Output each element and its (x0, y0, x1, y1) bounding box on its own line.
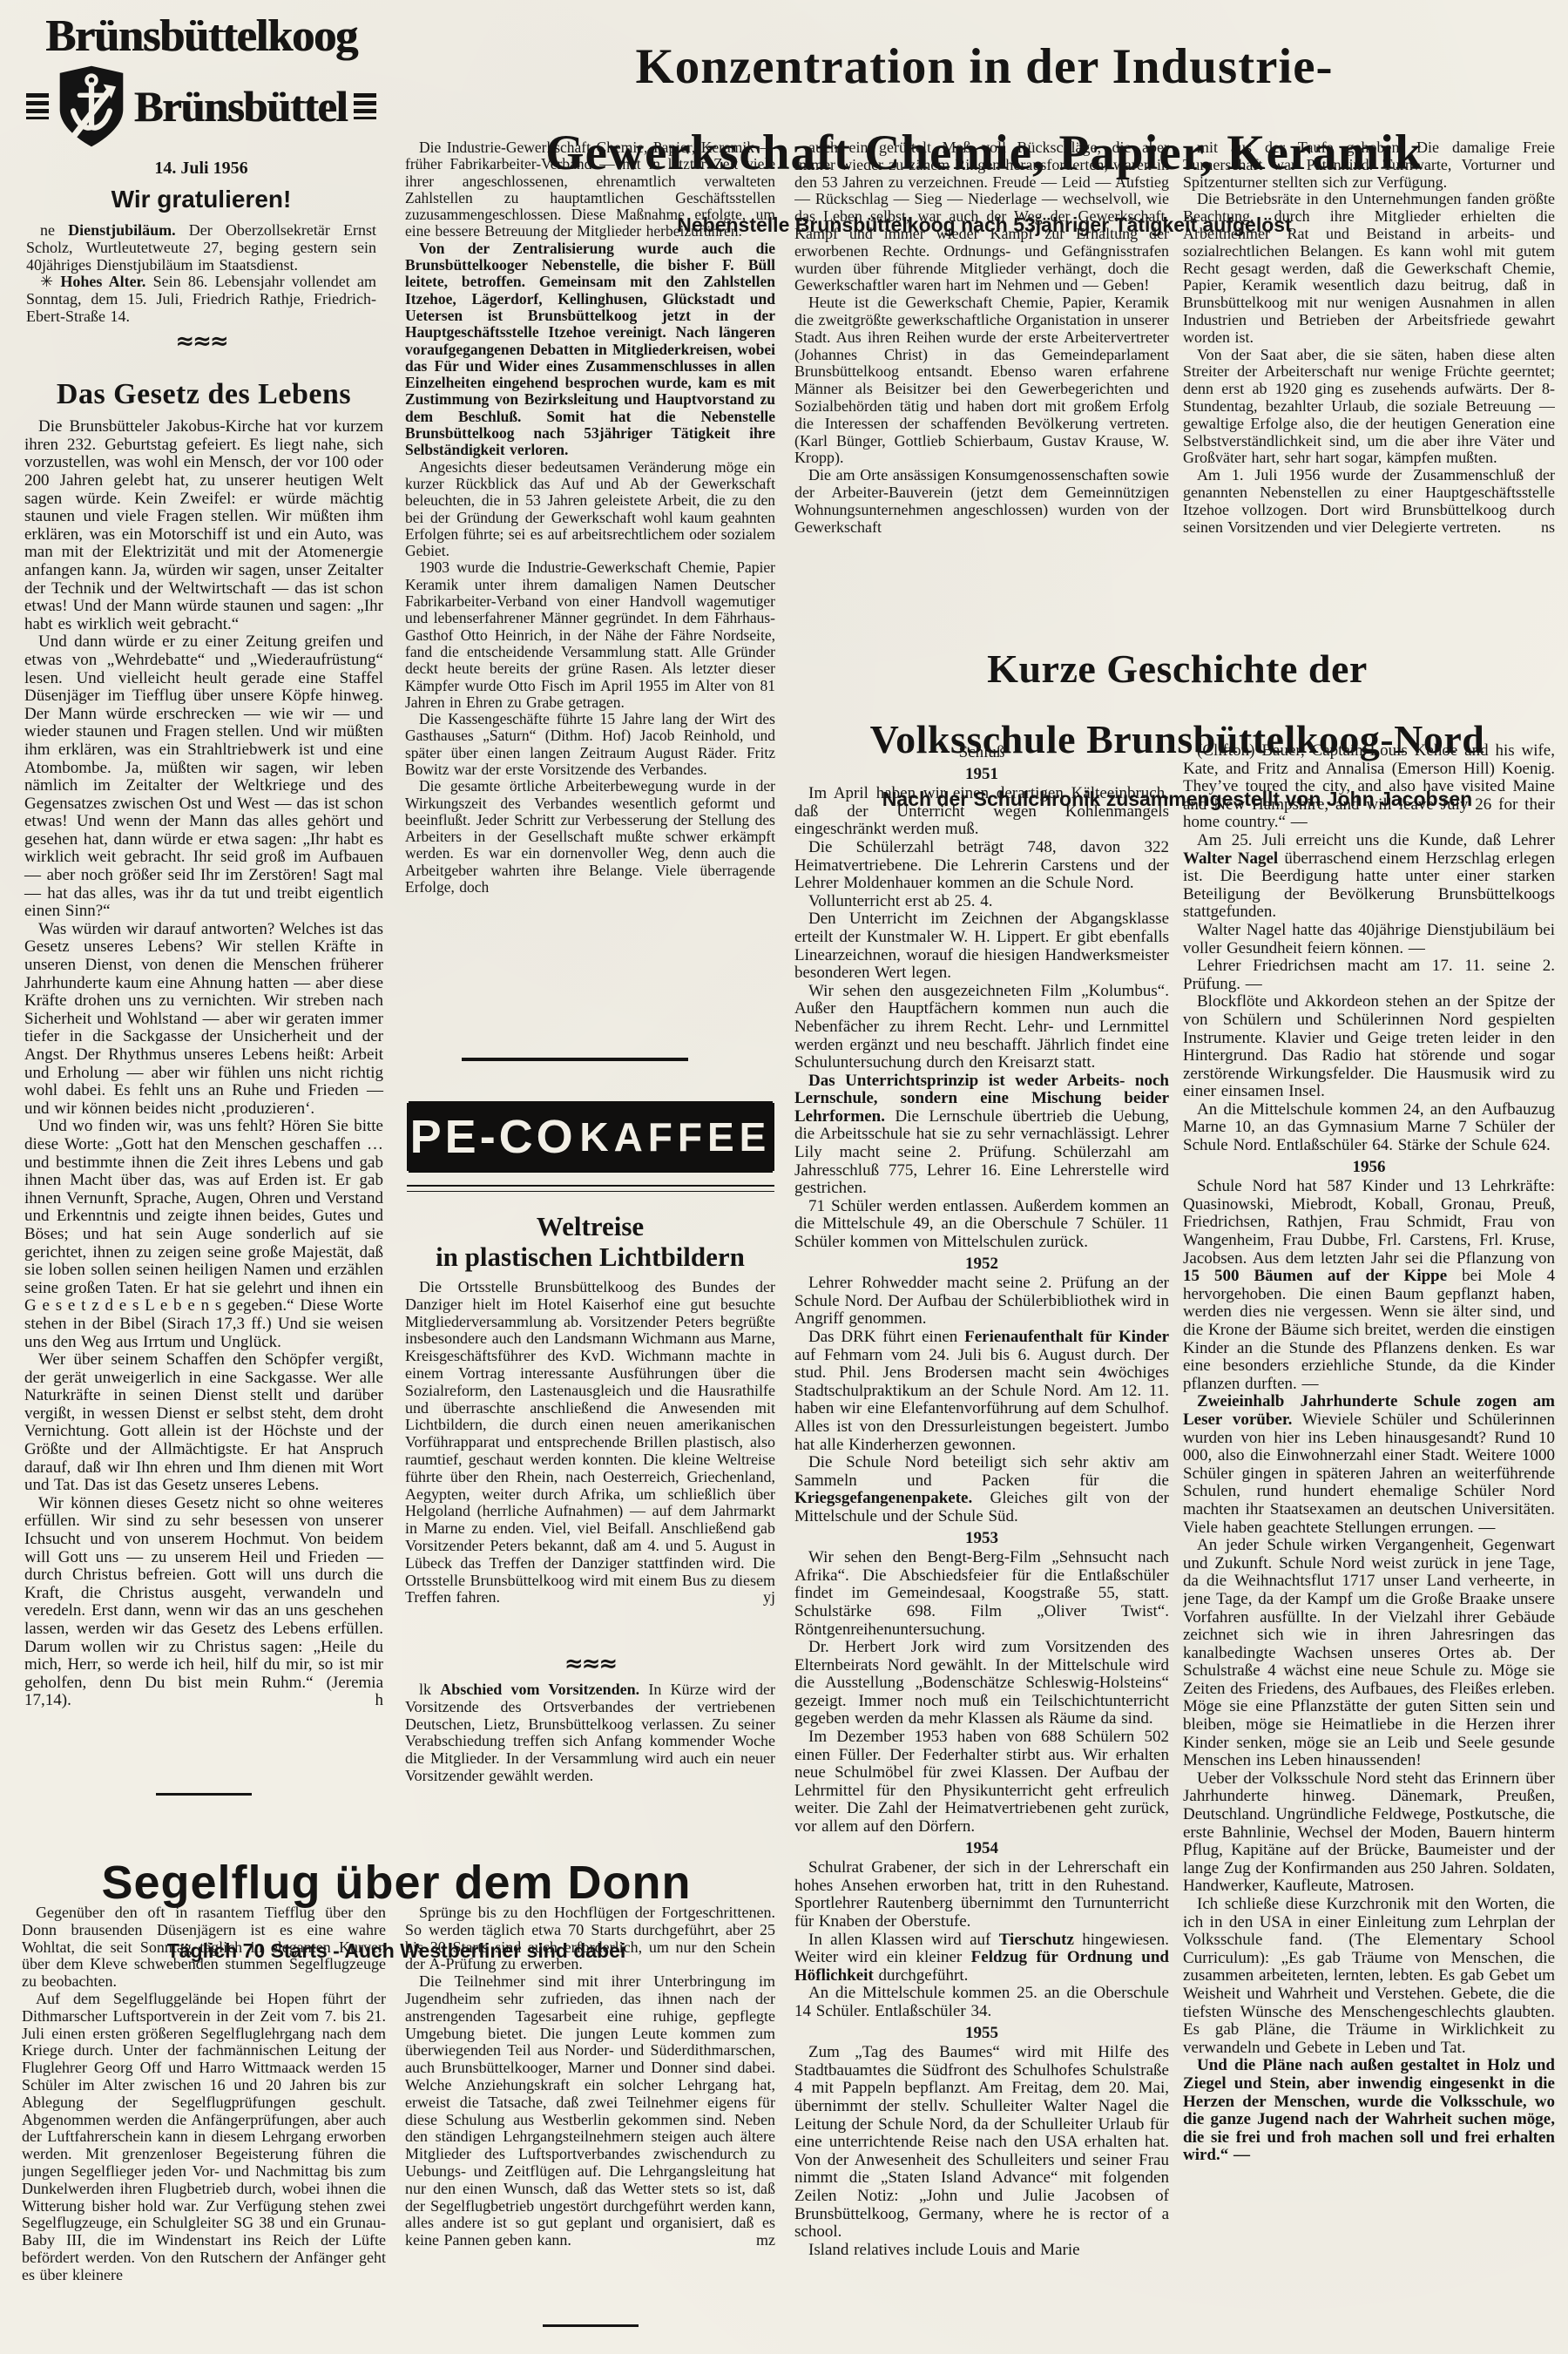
main-headline-line1: Konzentration in der Industrie- (402, 40, 1566, 93)
ad-product: KAFFEE (579, 1113, 771, 1160)
section-divider (24, 1793, 383, 1796)
konzentration-col2: auch ein gerüttelt Maß voll Rückschläge,… (794, 139, 1169, 617)
article-gesetz-des-lebens: Das Gesetz des Lebens Die Brunsbütteler … (24, 354, 383, 1710)
masthead-title-line2: Brünsbüttel (134, 81, 348, 132)
paragraph: Dr. Herbert Jork wird zum Vorsitzenden d… (794, 1639, 1169, 1728)
paragraph: Wir sehen den Bengt-Berg-Film „Sehnsucht… (794, 1549, 1169, 1639)
newspaper-page: Brünsbüttelkoog Brünsbüttel 14. Juli 195… (0, 0, 1568, 2354)
paragraph: An die Mittelschule kommen 24, an den Au… (1183, 1101, 1555, 1155)
paragraph: (Clifton) Bauer, Captain Louis Kehoe and… (1183, 742, 1555, 832)
schule-headline-line1: Kurze Geschichte der (788, 647, 1566, 691)
author-signature: h (362, 1692, 384, 1710)
author-signature: ns (1527, 519, 1555, 537)
paragraph: Die Betriebsräte in den Unternehmungen f… (1183, 191, 1555, 346)
paragraph: Blockflöte und Akkordeon stehen an der S… (1183, 993, 1555, 1101)
paragraph: Schulrat Grabener, der sich in der Lehre… (794, 1859, 1169, 1931)
paragraph: Vollunterricht erst ab 25. 4. (794, 893, 1169, 911)
section-divider (407, 1185, 774, 1192)
paragraph: Lehrer Friedrichsen macht am 17. 11. sei… (1183, 957, 1555, 993)
notice-abschied: lk Abschied vom Vorsitzenden. In Kürze w… (405, 1681, 775, 1785)
paragraph: Gegenüber den oft in rasantem Tiefflug ü… (22, 1904, 386, 1991)
paragraph: Am 25. Juli erreicht uns die Kunde, daß … (1183, 832, 1555, 922)
weltreise-title-line2: in plastischen Lichtbildern (405, 1241, 775, 1272)
year-heading: 1952 (794, 1255, 1169, 1274)
article-weltreise: Weltreise in plastischen Lichtbildern Di… (405, 1211, 775, 1607)
paragraph: Von der Zentralisierung wurde auch die B… (405, 240, 775, 459)
paragraph: ✳ Hohes Alter. Sein 86. Lebensjahr volle… (26, 274, 376, 325)
paragraph: Die Brunsbütteler Jakobus-Kirche hat vor… (24, 418, 383, 633)
paragraph: mit aus der Taufe gehoben. Die damalige … (1183, 139, 1555, 191)
paragraph: Ich schließe diese Kurzchronik mit den W… (1183, 1896, 1555, 2057)
paragraph: Im April haben wir einen derartigen Kält… (794, 785, 1169, 839)
paragraph: Die Schule Nord beteiligt sich sehr akti… (794, 1454, 1169, 1525)
paragraph: Wer über seinem Schaffen den Schöpfer ve… (24, 1351, 383, 1495)
ad-brand: PE-CO (410, 1110, 577, 1164)
paragraph: Wir können dieses Gesetz nicht so ohne w… (24, 1495, 383, 1710)
paragraph: Das DRK führt einen Ferienaufenthalt für… (794, 1329, 1169, 1454)
paragraph: Die Schülerzahl beträgt 748, davon 322 H… (794, 839, 1169, 893)
peco-kaffee-ad: PE-CO KAFFEE (407, 1103, 774, 1171)
paragraph: Im Dezember 1953 haben von 688 Schülern … (794, 1728, 1169, 1837)
paragraph: Zum „Tag des Baumes“ wird mit Hilfe des … (794, 2044, 1169, 2242)
weltreise-title-line1: Weltreise (405, 1211, 775, 1241)
flourish-left-icon (26, 93, 49, 119)
paragraph: Sprünge bis zu den Hochflügen der Fortge… (405, 1904, 775, 1973)
weltreise-body: Die Ortsstelle Brunsbüttelkoog des Bunde… (405, 1279, 775, 1607)
paragraph: Die Teilnehmer sind mit ihrer Unterbring… (405, 1973, 775, 2249)
paragraph: In allen Klassen wird auf Tierschutz hin… (794, 1931, 1169, 1985)
paragraph: Heute ist die Gewerkschaft Chemie, Papie… (794, 294, 1169, 467)
paragraph: Walter Nagel hatte das 40jährige Dienstj… (1183, 922, 1555, 957)
author-signature: mz (742, 2232, 775, 2249)
paragraph: auch ein gerüttelt Maß voll Rückschläge,… (794, 139, 1169, 294)
konzentration-col1: Die Industrie-Gewerkschaft Chemie, Papie… (405, 139, 775, 1052)
issue-date: 14. Juli 1956 (26, 159, 376, 179)
paragraph: Und die Pläne nach außen gestaltet in Ho… (1183, 2057, 1555, 2165)
paragraph: Lehrer Rohwedder macht seine 2. Prüfung … (794, 1275, 1169, 1329)
paragraph: Angesichts dieser bedeutsamen Veränderun… (405, 459, 775, 560)
author-signature: yj (749, 1589, 775, 1607)
paragraph: Das Unterrichtsprinzip ist weder Arbeits… (794, 1072, 1169, 1198)
year-heading: 1954 (794, 1840, 1169, 1858)
paragraph: Am 1. Juli 1956 wurde der Zusammenschluß… (1183, 467, 1555, 536)
year-heading: 1956 (1183, 1159, 1555, 1177)
gesetz-body: Die Brunsbütteler Jakobus-Kirche hat vor… (24, 418, 383, 1710)
paragraph: 71 Schüler werden entlassen. Außerdem ko… (794, 1198, 1169, 1252)
paragraph: Und wo finden wir, was uns fehlt? Hören … (24, 1118, 383, 1351)
paragraph: Wir sehen den ausgezeichneten Film „Kolu… (794, 983, 1169, 1072)
section-divider (405, 2324, 775, 2327)
paragraph: An die Mittelschule kommen 25. an die Ob… (794, 1985, 1169, 2020)
paragraph: Und dann würde er zu einer Zeitung greif… (24, 633, 383, 921)
paragraph: An jeder Schule wirken Vergangenheit, Ge… (1183, 1537, 1555, 1770)
gesetz-title: Das Gesetz des Lebens (24, 378, 383, 411)
paragraph: Von der Saat aber, die sie säten, haben … (1183, 347, 1555, 468)
year-heading: 1951 (794, 766, 1169, 784)
wave-divider-icon: ≈≈≈ (26, 333, 376, 350)
paragraph: Die gesamte örtliche Arbeiterbewegung wu… (405, 778, 775, 896)
paragraph: Die am Orte ansässigen Konsumgenossensch… (794, 467, 1169, 536)
masthead: Brünsbüttelkoog Brünsbüttel 14. Juli 195… (26, 12, 376, 350)
paragraph: Was würden wir darauf antworten? Welches… (24, 921, 383, 1119)
paragraph: Auf dem Segelfluggelände bei Hopen führt… (22, 1991, 386, 2284)
segelflug-headline: Segelflug über dem Donn (17, 1857, 775, 1908)
schule-col-b: (Clifton) Bauer, Captain Louis Kehoe and… (1183, 742, 1555, 2354)
segelflug-col2: Sprünge bis zu den Hochflügen der Fortge… (405, 1904, 775, 2314)
gratulieren-title: Wir gratulieren! (26, 186, 376, 213)
paragraph: lk Abschied vom Vorsitzenden. In Kürze w… (405, 1681, 775, 1785)
masthead-title-row: Brünsbüttel (26, 63, 376, 150)
schule-col-a: Schluß1951Im April haben wir einen derar… (794, 742, 1169, 2354)
konzentration-col3: mit aus der Taufe gehoben. Die damalige … (1183, 139, 1555, 617)
gratulieren-body: ne Dienstjubiläum. Der Oberzollsekretär … (26, 222, 376, 326)
anchor-shovel-crest-icon (56, 64, 127, 149)
paragraph: Schule Nord hat 587 Kinder und 13 Lehrkr… (1183, 1178, 1555, 1393)
masthead-title-line1: Brünsbüttelkoog (26, 12, 376, 61)
paragraph: Island relatives include Louis and Marie (794, 2242, 1169, 2260)
paragraph: Die Industrie-Gewerkschaft Chemie, Papie… (405, 139, 775, 240)
paragraph: Schluß (794, 744, 1169, 762)
paragraph: Die Ortsstelle Brunsbüttelkoog des Bunde… (405, 1279, 775, 1607)
flourish-right-icon (354, 93, 376, 119)
paragraph: Zweieinhalb Jahrhunderte Schule zogen am… (1183, 1393, 1555, 1537)
paragraph: ne Dienstjubiläum. Der Oberzollsekretär … (26, 222, 376, 274)
year-heading: 1955 (794, 2025, 1169, 2043)
year-heading: 1953 (794, 1530, 1169, 1548)
section-divider (462, 1058, 688, 1061)
paragraph: Ueber der Volksschule Nord steht das Eri… (1183, 1770, 1555, 1896)
paragraph: 1903 wurde die Industrie-Gewerkschaft Ch… (405, 559, 775, 711)
wave-divider-icon: ≈≈≈ (405, 1655, 775, 1673)
paragraph: Den Unterricht im Zeichnen der Abgangskl… (794, 910, 1169, 982)
paragraph: Die Kassengeschäfte führte 15 Jahre lang… (405, 711, 775, 778)
segelflug-col1: Gegenüber den oft in rasantem Tiefflug ü… (22, 1904, 386, 2354)
